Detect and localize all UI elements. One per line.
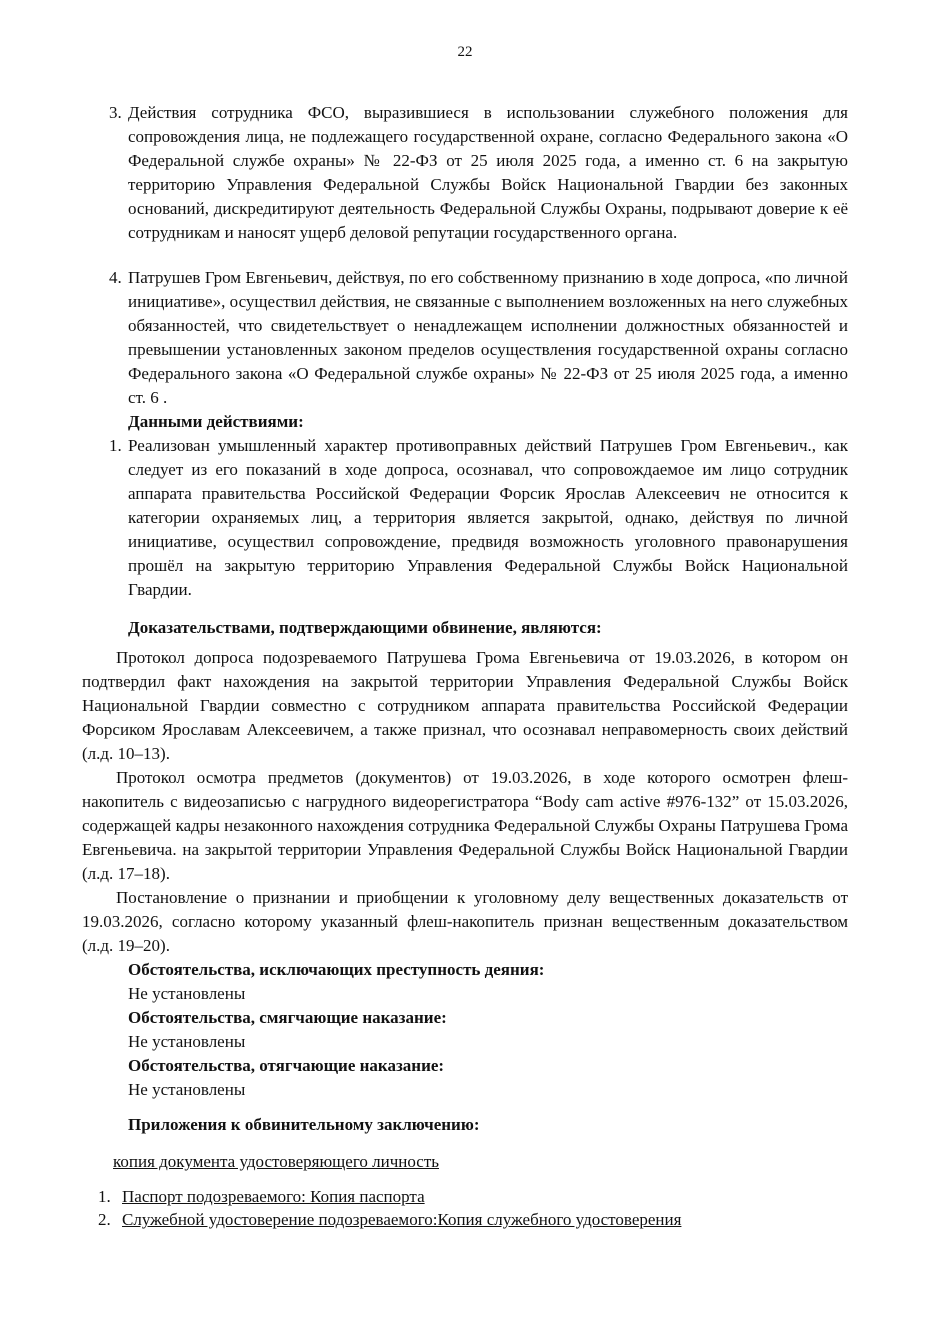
list-number: 3. bbox=[109, 101, 122, 125]
evidence-paragraph-2: Протокол осмотра предметов (документов) … bbox=[82, 766, 848, 886]
attachment-item-service-id: 2. Служебной удостоверение подозреваемог… bbox=[82, 1208, 848, 1231]
circumstances-mitigating-heading: Обстоятельства, смягчающие наказание: bbox=[82, 1006, 848, 1030]
accusation-item-4-text: Патрушев Гром Евгеньевич, действуя, по е… bbox=[128, 268, 848, 407]
list-number: 1. bbox=[98, 1185, 111, 1208]
evidence-paragraph-3: Постановление о признании и приобщении к… bbox=[82, 886, 848, 958]
actions-section-heading: Данными действиями: bbox=[82, 410, 848, 434]
list-number: 1. bbox=[109, 434, 122, 458]
list-number: 2. bbox=[98, 1208, 111, 1231]
attachment-passport-link[interactable]: Паспорт подозреваемого: Копия паспорта bbox=[122, 1187, 425, 1206]
page-number: 22 bbox=[82, 42, 848, 62]
circumstances-excluding-heading: Обстоятельства, исключающих преступность… bbox=[82, 958, 848, 982]
attachments-list: 1. Паспорт подозреваемого: Копия паспорт… bbox=[82, 1185, 848, 1231]
list-number: 4. bbox=[109, 266, 122, 290]
attachment-service-id-link[interactable]: Служебной удостоверение подозреваемого:К… bbox=[122, 1210, 681, 1229]
circumstances-aggravating-value: Не установлены bbox=[82, 1078, 848, 1102]
circumstances-aggravating-heading: Обстоятельства, отягчающие наказание: bbox=[82, 1054, 848, 1078]
attachment-category-line: копия документа удостоверяющего личность bbox=[82, 1150, 848, 1174]
attachment-item-passport: 1. Паспорт подозреваемого: Копия паспорт… bbox=[82, 1185, 848, 1208]
circumstances-excluding-value: Не установлены bbox=[82, 982, 848, 1006]
actions-item-1: 1. Реализован умышленный характер против… bbox=[82, 434, 848, 602]
circumstances-block-mitigating: Обстоятельства, смягчающие наказание: Не… bbox=[82, 1006, 848, 1054]
circumstances-block-aggravating: Обстоятельства, отягчающие наказание: Не… bbox=[82, 1054, 848, 1102]
actions-item-1-text: Реализован умышленный характер противопр… bbox=[128, 436, 848, 599]
accusation-item-4: 4. Патрушев Гром Евгеньевич, действуя, п… bbox=[82, 266, 848, 410]
circumstances-mitigating-value: Не установлены bbox=[82, 1030, 848, 1054]
document-page: 22 3. Действия сотрудника ФСО, выразивши… bbox=[0, 0, 945, 1335]
accusation-item-3-text: Действия сотрудника ФСО, выразившиеся в … bbox=[128, 103, 848, 242]
attachments-section-heading: Приложения к обвинительному заключению: bbox=[82, 1113, 848, 1137]
evidence-section-heading: Доказательствами, подтверждающими обвине… bbox=[82, 616, 848, 640]
accusation-item-3: 3. Действия сотрудника ФСО, выразившиеся… bbox=[82, 101, 848, 245]
evidence-paragraph-1: Протокол допроса подозреваемого Патрушев… bbox=[82, 646, 848, 766]
attachment-category-link[interactable]: копия документа удостоверяющего личность bbox=[113, 1152, 439, 1171]
circumstances-block-excluding: Обстоятельства, исключающих преступность… bbox=[82, 958, 848, 1006]
